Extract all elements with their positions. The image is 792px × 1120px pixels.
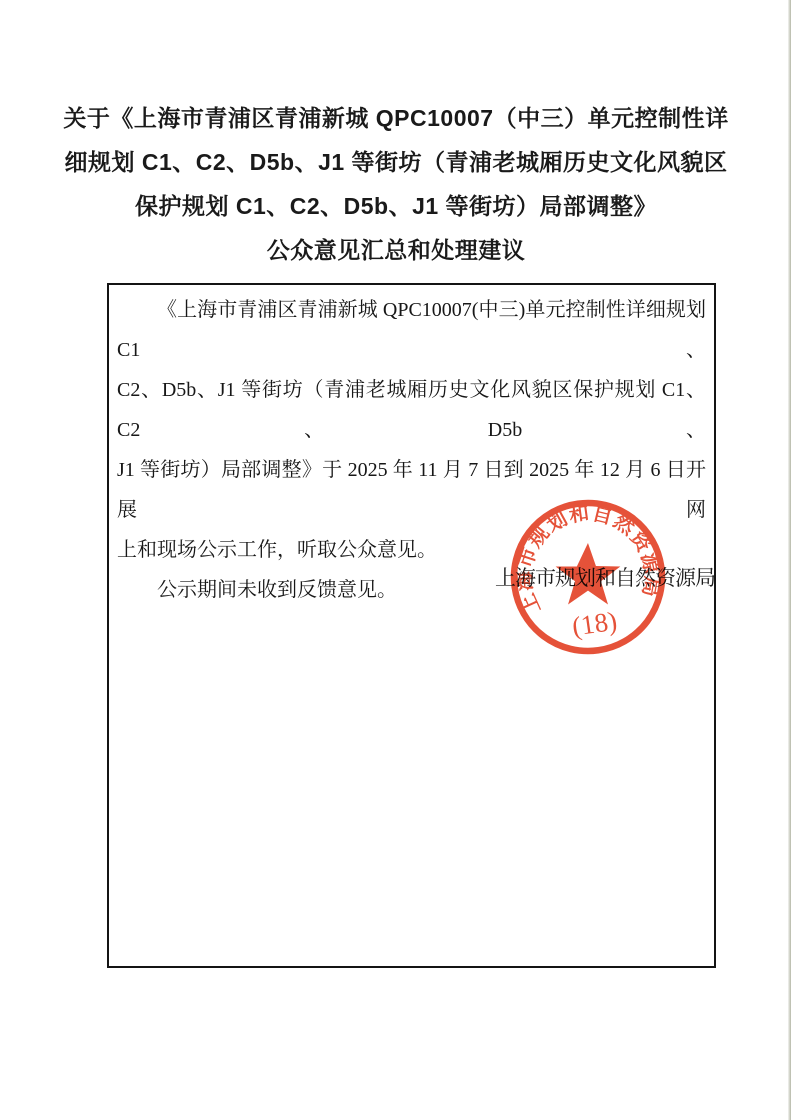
signature-text: 上海市规划和自然资源局 (495, 562, 715, 592)
title-line-4: 公众意见汇总和处理建议 (0, 228, 792, 272)
notice-paragraph1-line2: C2、D5b、J1 等街坊（青浦老城厢历史文化风貌区保护规划 C1、C2、D5b… (117, 370, 706, 450)
notice-paragraph1-line3: J1 等街坊）局部调整》于 2025 年 11 月 7 日到 2025 年 12… (117, 450, 706, 530)
scan-edge-line (788, 0, 791, 1120)
title-line-1: 关于《上海市青浦区青浦新城 QPC10007（中三）单元控制性详 (0, 96, 792, 140)
document-title: 关于《上海市青浦区青浦新城 QPC10007（中三）单元控制性详 细规划 C1、… (0, 96, 792, 272)
notice-box: 《上海市青浦区青浦新城 QPC10007(中三)单元控制性详细规划 C1、 C2… (107, 283, 716, 968)
title-line-2: 细规划 C1、C2、D5b、J1 等街坊（青浦老城厢历史文化风貌区 (0, 140, 792, 184)
title-line-3: 保护规划 C1、C2、D5b、J1 等街坊）局部调整》 (0, 184, 792, 228)
document-page: 关于《上海市青浦区青浦新城 QPC10007（中三）单元控制性详 细规划 C1、… (0, 0, 792, 1120)
notice-paragraph1-line1: 《上海市青浦区青浦新城 QPC10007(中三)单元控制性详细规划 C1、 (117, 290, 706, 370)
